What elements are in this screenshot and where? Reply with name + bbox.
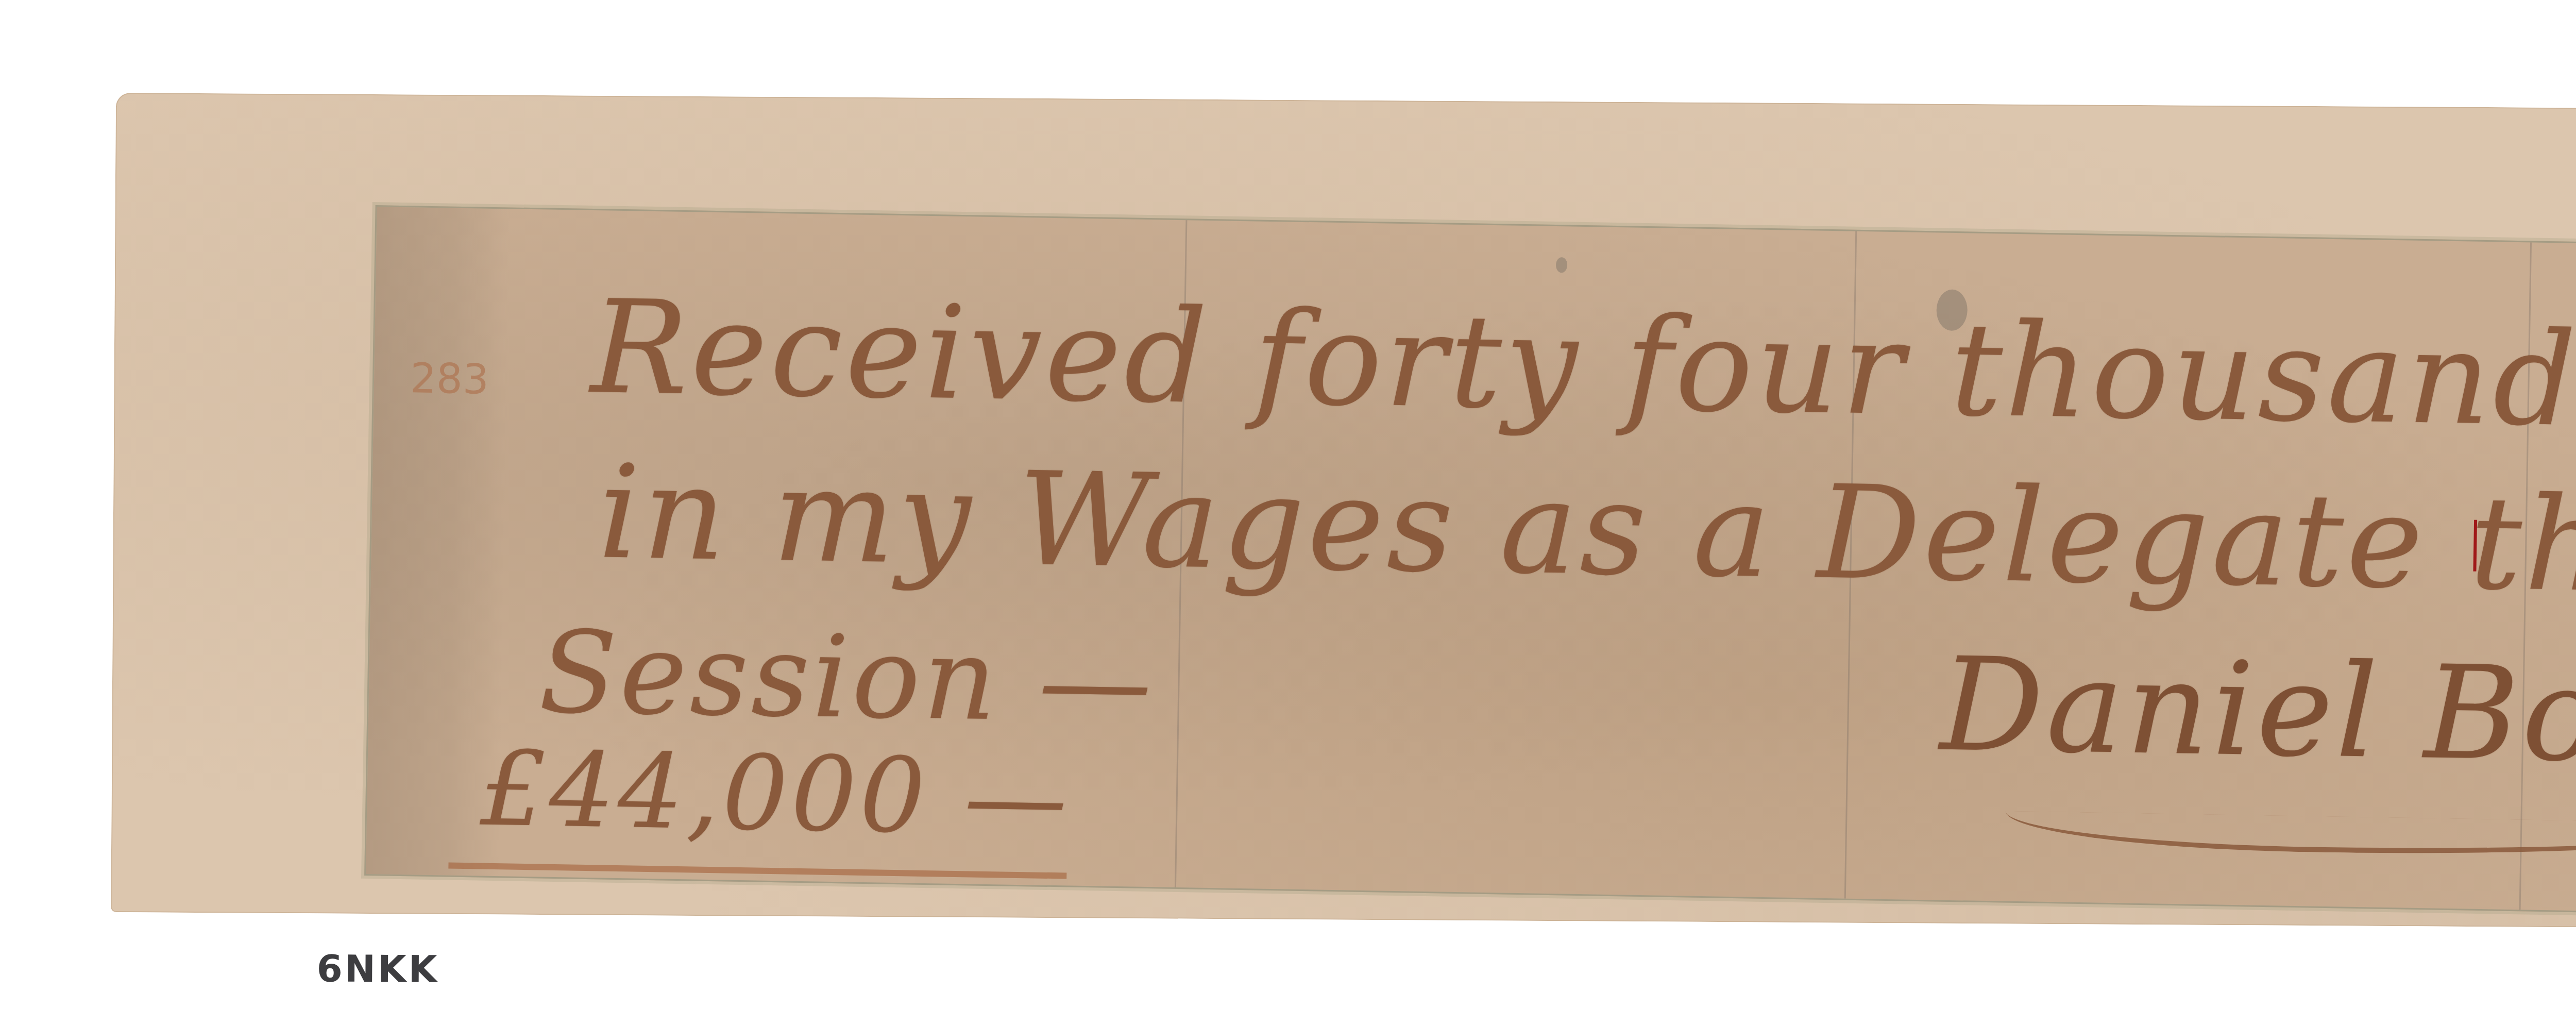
amount-underline: [448, 863, 1066, 879]
margin-note: 283: [410, 354, 489, 404]
receipt-line-3: Session —: [538, 606, 1156, 748]
signature: Daniel Boone: [1939, 630, 2576, 795]
pinhole: [1556, 257, 1567, 273]
mount-card: 283 Received forty four thousand pounds …: [111, 93, 2576, 929]
receipt-slip: 283 Received forty four thousand pounds …: [364, 205, 2576, 918]
mount-inscription: 6NKK: [316, 947, 439, 990]
receipt-line-1: Received forty four thousand pounds: [590, 272, 2576, 464]
signature-flourish: [2005, 811, 2576, 860]
receipt-line-2: in my Wages as a Delegate the present: [597, 437, 2576, 631]
receipt-amount: £44,000 —: [480, 729, 1071, 859]
